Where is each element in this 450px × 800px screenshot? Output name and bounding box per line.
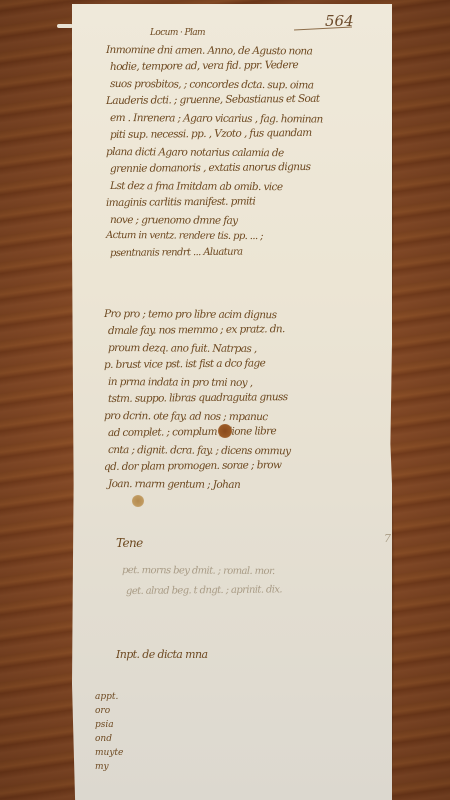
manuscript-line: pet. morns bey dmit. ; romal. mor. — [122, 565, 382, 578]
margin-note-line: psia — [95, 718, 123, 732]
margin-note-line: my — [95, 760, 123, 774]
manuscript-line: suos prosbitos, ; concordes dcta. sup. o… — [110, 78, 390, 92]
manuscript-line: nove ; gruenomo dmne fay — [110, 214, 390, 228]
manuscript-line: in prma indata in pro tmi noy , — [108, 376, 388, 390]
manuscript-line: Inmomine dni amen. Anno, de Agusto nona — [106, 44, 386, 58]
margin-note-line: ond — [95, 732, 123, 746]
document-heading: Locum · Plam — [150, 28, 205, 38]
margin-notes: appt.oropsiaondmuytemy — [95, 690, 123, 774]
margin-note-line: appt. — [95, 690, 123, 704]
manuscript-line: plana dicti Agaro notarius calamia de — [106, 146, 386, 160]
text-block-5: Inpt. de dicta mna — [116, 648, 207, 661]
manuscript-line: proum dezq. ano fuit. Natrpas , — [108, 342, 388, 356]
manuscript-line: Pro pro ; temo pro libre acim dignus — [104, 308, 384, 322]
paper-tab — [57, 24, 73, 28]
manuscript-line: Joan. rnarm gentum ; Johan — [108, 478, 388, 492]
manuscript-line: Lst dez a fma Imitdam ab omib. vice — [110, 180, 390, 194]
manuscript-line: cnta ; dignit. dcra. fay. ; dicens ommuy — [108, 444, 388, 458]
block4-heading: Tene — [116, 536, 143, 550]
corner-mark: 7 — [384, 532, 390, 545]
wax-stain — [132, 495, 144, 507]
manuscript-line: pro dcrin. ote fay. ad nos ; mpanuc — [104, 410, 384, 424]
manuscript-line: Actum in ventz. rendere tis. pp. ... ; — [106, 230, 356, 243]
margin-note-line: oro — [95, 704, 123, 718]
ink-stain — [218, 424, 232, 438]
manuscript-line: em . Inrenera ; Agaro vicarius , fag. ho… — [110, 112, 390, 126]
margin-note-line: muyte — [95, 746, 123, 760]
